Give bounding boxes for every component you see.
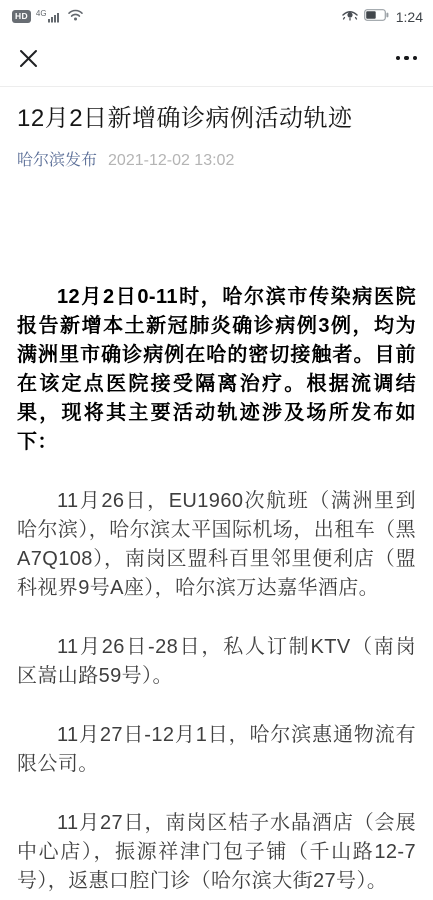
page-title: 12月2日新增确诊病例活动轨迹 [17, 103, 416, 135]
clock-time: 1:24 [396, 9, 423, 25]
status-left: HD 4G [12, 8, 84, 26]
battery-half-icon [364, 8, 389, 26]
status-right: 1:24 [341, 7, 423, 26]
paragraph-summary: 12月2日0-11时，哈尔滨市传染病医院报告新增本土新冠肺炎确诊病例3例，均为满… [17, 283, 416, 457]
paragraph-track-nov27: 11月27日，南岗区桔子水晶酒店（会展中心店），振源祥津门包子铺（千山路12-7… [17, 809, 416, 896]
more-menu-icon[interactable] [396, 50, 418, 67]
paragraph-track-nov26: 11月26日，EU1960次航班（满洲里到哈尔滨），哈尔滨太平国际机场，出租车（… [17, 487, 416, 603]
hd-volte-icon: HD [12, 10, 31, 23]
signal-bars-icon: 4G [36, 10, 62, 23]
nav-divider [0, 86, 433, 87]
source-account-link[interactable]: 哈尔滨发布 [17, 150, 97, 172]
eye-comfort-icon [341, 7, 359, 26]
article-body: 12月2日0-11时，哈尔滨市传染病医院报告新增本土新冠肺炎确诊病例3例，均为满… [17, 283, 416, 896]
status-bar: HD 4G [0, 0, 433, 30]
close-icon[interactable] [16, 46, 40, 70]
article-nav-bar [0, 30, 433, 86]
wifi-icon [67, 8, 84, 26]
article: 12月2日新增确诊病例活动轨迹 哈尔滨发布 2021-12-02 13:02 1… [0, 103, 433, 896]
publish-timestamp: 2021-12-02 13:02 [108, 150, 234, 172]
paragraph-track-nov26-28: 11月26日-28日，私人订制KTV（南岗区嵩山路59号）。 [17, 633, 416, 691]
paragraph-track-nov27-dec1: 11月27日-12月1日，哈尔滨惠通物流有限公司。 [17, 721, 416, 779]
article-meta: 哈尔滨发布 2021-12-02 13:02 [17, 150, 416, 172]
